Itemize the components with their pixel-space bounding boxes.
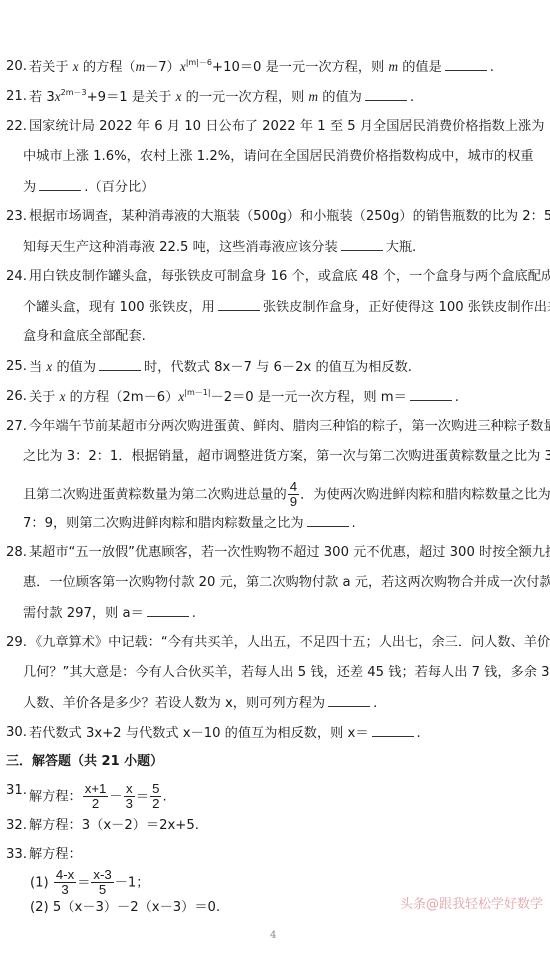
answer-blank[interactable] xyxy=(410,388,452,401)
question-number: 33. xyxy=(6,846,27,864)
fraction: x3 xyxy=(124,782,135,811)
question-number: 32. xyxy=(6,817,27,835)
question-number: 25. xyxy=(6,358,27,376)
answer-blank[interactable] xyxy=(328,694,370,707)
question-number: 29. xyxy=(6,634,27,652)
question-number: 28. xyxy=(6,544,27,562)
fraction: x-35 xyxy=(91,868,113,897)
question-number: 20. xyxy=(6,58,27,76)
question-number: 22. xyxy=(6,118,27,136)
question-number: 23. xyxy=(6,208,27,226)
fraction: x+12 xyxy=(83,782,109,811)
question-33-part-2: (2) 5（x－3）－2（x－3）＝0. xyxy=(30,899,220,917)
page-number: 4 xyxy=(270,930,276,941)
answer-blank[interactable] xyxy=(218,298,260,311)
question-number: 26. xyxy=(6,388,27,406)
fraction: 52 xyxy=(150,782,161,811)
answer-blank[interactable] xyxy=(307,514,349,527)
fraction: 4-x3 xyxy=(54,868,76,897)
answer-blank[interactable] xyxy=(445,58,487,71)
answer-blank[interactable] xyxy=(39,178,81,191)
question-number: 27. xyxy=(6,418,27,436)
question-number: 24. xyxy=(6,268,27,286)
answer-blank[interactable] xyxy=(99,358,141,371)
answer-blank[interactable] xyxy=(341,238,383,251)
answer-blank[interactable] xyxy=(372,724,414,737)
answer-blank[interactable] xyxy=(365,88,407,101)
fraction: 49 xyxy=(288,480,299,509)
question-number: 31. xyxy=(6,782,27,800)
question-number: 30. xyxy=(6,724,27,742)
answer-blank[interactable] xyxy=(147,604,189,617)
question-33-part-1: (1) 4-x3＝x-35－1； xyxy=(30,868,150,897)
section-title: 三．解答题（共 21 小题） xyxy=(6,753,163,771)
watermark: 头条@跟我轻松学好数学 xyxy=(400,893,543,912)
question-number: 21. xyxy=(6,88,27,106)
